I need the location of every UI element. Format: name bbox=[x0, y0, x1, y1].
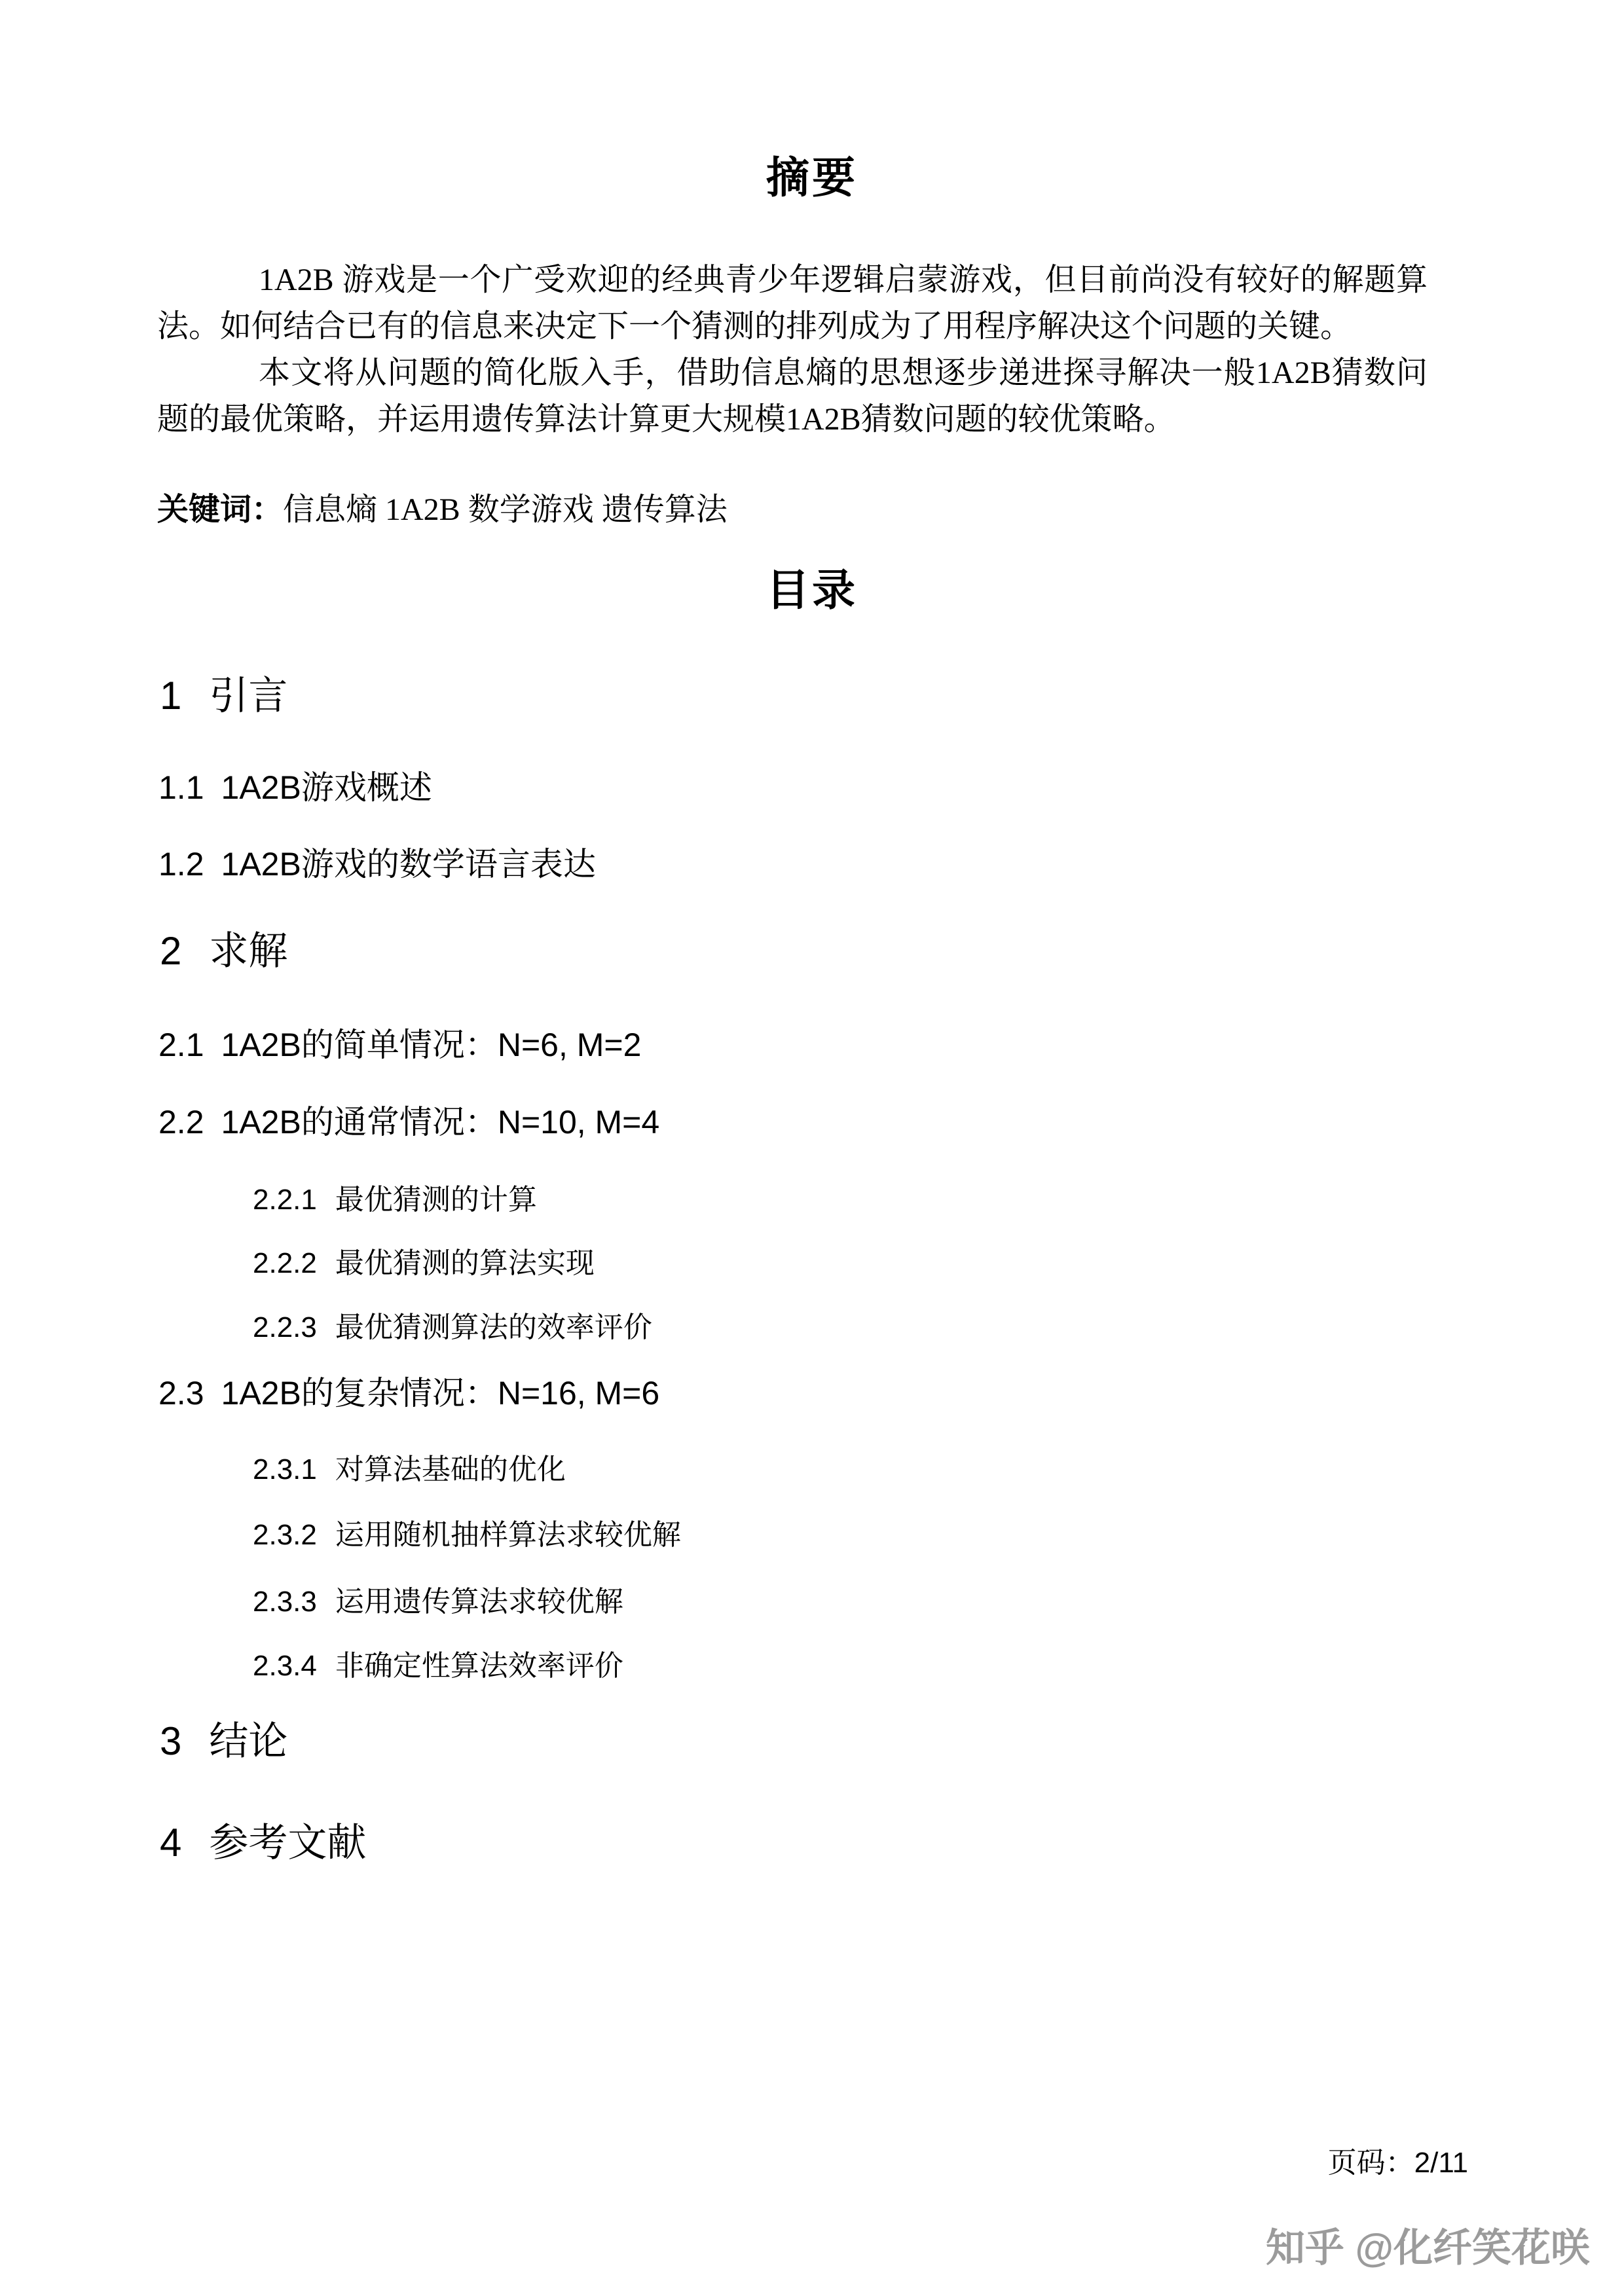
toc-item-number: 2.2 bbox=[158, 1104, 204, 1140]
toc-item-number: 2.3.2 bbox=[253, 1519, 317, 1551]
toc-item-2-1: 2.11A2B的简单情况：N=6, M=2 bbox=[158, 1027, 641, 1065]
abstract-title: 摘要 bbox=[0, 156, 1624, 199]
toc-item-1-2: 1.21A2B游戏的数学语言表达 bbox=[158, 846, 596, 884]
toc-item-number: 4 bbox=[160, 1821, 181, 1865]
keywords-label: 关键词： bbox=[157, 492, 283, 527]
toc-item-2-2-1: 2.2.1最优猜测的计算 bbox=[253, 1184, 537, 1217]
toc-item-number: 1 bbox=[160, 674, 181, 718]
toc-item-label: 运用遗传算法求较优解 bbox=[335, 1586, 623, 1618]
toc-item-number: 2.3.3 bbox=[253, 1586, 317, 1618]
toc-item-label: 最优猜测的算法实现 bbox=[335, 1247, 595, 1279]
toc-item-label: 参考文献 bbox=[209, 1821, 366, 1865]
toc-item-label: 最优猜测的计算 bbox=[335, 1184, 537, 1216]
toc-item-number: 1.1 bbox=[158, 769, 204, 806]
abstract-paragraph: 1A2B 游戏是一个广受欢迎的经典青少年逻辑启蒙游戏，但目前尚没有较好的解题算法… bbox=[157, 257, 1428, 350]
toc-item-1-1: 1.11A2B游戏概述 bbox=[158, 769, 432, 807]
watermark: 知乎 @化纤笑花咲 bbox=[1266, 2225, 1590, 2272]
toc-item-number: 2.2.3 bbox=[253, 1311, 317, 1343]
toc-item-label: 1A2B游戏概述 bbox=[221, 769, 432, 806]
toc-item-number: 2.3.4 bbox=[253, 1650, 317, 1682]
toc-item-number: 2.3 bbox=[158, 1375, 204, 1412]
toc-item-label: 1A2B的通常情况：N=10, M=4 bbox=[221, 1104, 660, 1140]
toc-item-label: 1A2B游戏的数学语言表达 bbox=[221, 846, 596, 883]
toc-item-2-3-1: 2.3.1对算法基础的优化 bbox=[253, 1453, 566, 1487]
toc-item-2: 2求解 bbox=[160, 928, 287, 974]
abstract-paragraph: 本文将从问题的简化版入手，借助信息熵的思想逐步递进探寻解决一般1A2B猜数问题的… bbox=[157, 350, 1428, 443]
toc-item-2-2: 2.21A2B的通常情况：N=10, M=4 bbox=[158, 1104, 659, 1142]
toc-title: 目录 bbox=[0, 568, 1624, 611]
toc-item-number: 3 bbox=[160, 1719, 181, 1763]
toc-item-2-3-2: 2.3.2运用随机抽样算法求较优解 bbox=[253, 1519, 681, 1552]
document-page: 摘要 1A2B 游戏是一个广受欢迎的经典青少年逻辑启蒙游戏，但目前尚没有较好的解… bbox=[0, 0, 1624, 2296]
toc-item-label: 1A2B的简单情况：N=6, M=2 bbox=[221, 1027, 642, 1063]
toc-item-label: 求解 bbox=[209, 929, 287, 973]
abstract-body: 1A2B 游戏是一个广受欢迎的经典青少年逻辑启蒙游戏，但目前尚没有较好的解题算法… bbox=[157, 257, 1428, 443]
toc-item-1: 1引言 bbox=[160, 673, 287, 718]
page-number: 页码：2/11 bbox=[1328, 2146, 1468, 2181]
toc-item-number: 2.2.2 bbox=[253, 1247, 317, 1279]
toc-item-2-3-3: 2.3.3运用遗传算法求较优解 bbox=[253, 1586, 623, 1619]
toc-item-number: 1.2 bbox=[158, 846, 204, 883]
toc-item-number: 2.3.1 bbox=[253, 1453, 317, 1485]
toc-item-2-3-4: 2.3.4非确定性算法效率评价 bbox=[253, 1650, 623, 1683]
keywords-text: 信息熵 1A2B 数学游戏 遗传算法 bbox=[283, 492, 728, 527]
toc-item-number: 2 bbox=[160, 929, 181, 973]
toc-item-3: 3结论 bbox=[160, 1719, 287, 1764]
toc-item-2-2-2: 2.2.2最优猜测的算法实现 bbox=[253, 1247, 595, 1281]
toc-item-label: 对算法基础的优化 bbox=[335, 1453, 566, 1485]
toc-item-label: 运用随机抽样算法求较优解 bbox=[335, 1519, 681, 1551]
toc-item-number: 2.1 bbox=[158, 1027, 204, 1063]
toc-item-number: 2.2.1 bbox=[253, 1184, 317, 1216]
keywords-line: 关键词：信息熵 1A2B 数学游戏 遗传算法 bbox=[157, 491, 728, 529]
toc-item-2-3: 2.31A2B的复杂情况：N=16, M=6 bbox=[158, 1375, 659, 1413]
toc-item-4: 4参考文献 bbox=[160, 1820, 366, 1865]
toc-item-2-2-3: 2.2.3最优猜测算法的效率评价 bbox=[253, 1311, 652, 1345]
toc-item-label: 引言 bbox=[209, 674, 287, 718]
toc-item-label: 最优猜测算法的效率评价 bbox=[335, 1311, 652, 1343]
toc-item-label: 结论 bbox=[209, 1719, 287, 1763]
toc-item-label: 非确定性算法效率评价 bbox=[335, 1650, 623, 1682]
toc-item-label: 1A2B的复杂情况：N=16, M=6 bbox=[221, 1375, 660, 1412]
